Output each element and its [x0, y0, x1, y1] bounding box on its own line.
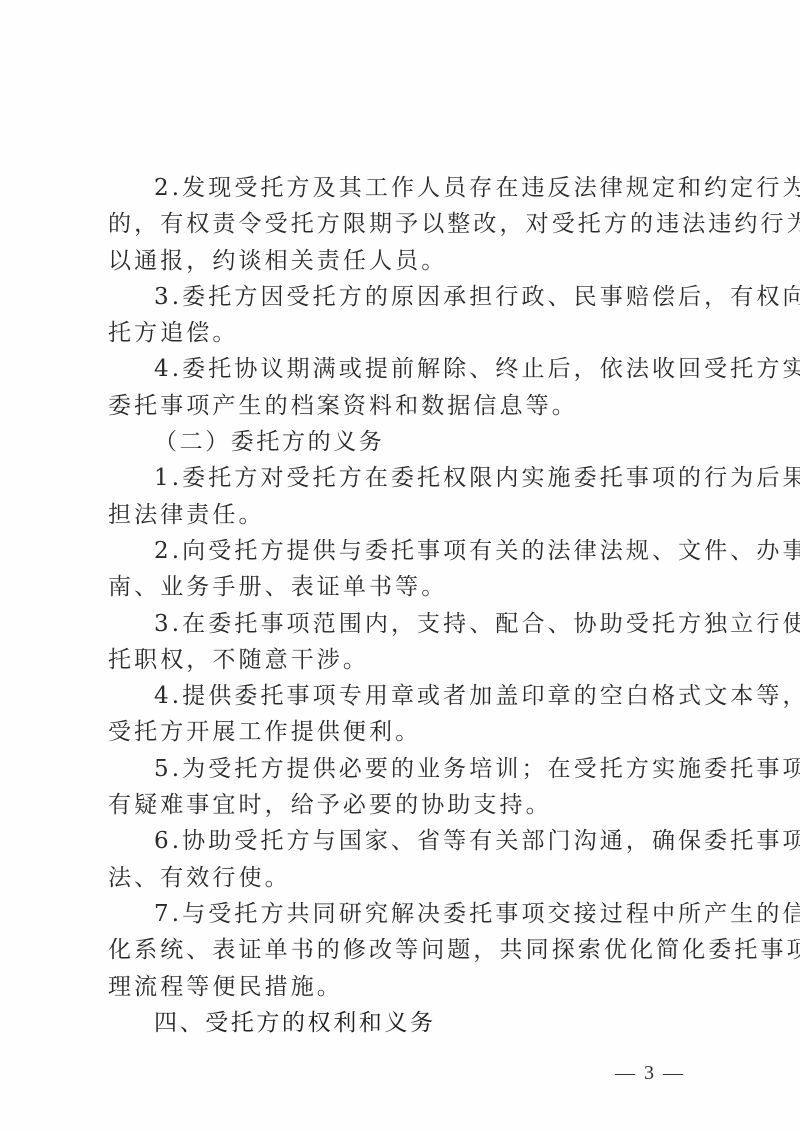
paragraph-line: 4.提供委托事项专用章或者加盖印章的空白格式文本等，为 [108, 678, 696, 714]
document-body: 2.发现受托方及其工作人员存在违反法律规定和约定行为 的，有权责令受托方限期予以… [108, 170, 696, 1041]
paragraph-line: 3.在委托事项范围内，支持、配合、协助受托方独立行使委 [108, 606, 696, 642]
paragraph-line: 南、业务手册、表证单书等。 [108, 569, 696, 605]
section-heading: 四、受托方的权利和义务 [108, 1005, 696, 1041]
page-number: — 3 — [615, 1062, 685, 1085]
paragraph-line: 以通报，约谈相关责任人员。 [108, 243, 696, 279]
paragraph-line: 有疑难事宜时，给予必要的协助支持。 [108, 787, 696, 823]
paragraph-line: 7.与受托方共同研究解决委托事项交接过程中所产生的信息 [108, 896, 696, 932]
subheading-obligations: （二）委托方的义务 [108, 424, 696, 460]
paragraph-line: 担法律责任。 [108, 497, 696, 533]
paragraph-line: 2.向受托方提供与委托事项有关的法律法规、文件、办事指 [108, 533, 696, 569]
paragraph-line: 的，有权责令受托方限期予以整改，对受托方的违法违约行为予 [108, 206, 696, 242]
paragraph-line: 6.协助受托方与国家、省等有关部门沟通，确保委托事项合 [108, 823, 696, 859]
paragraph-line: 受托方开展工作提供便利。 [108, 714, 696, 750]
paragraph-line: 法、有效行使。 [108, 860, 696, 896]
paragraph-line: 委托事项产生的档案资料和数据信息等。 [108, 388, 696, 424]
paragraph-line: 1.委托方对受托方在委托权限内实施委托事项的行为后果承 [108, 460, 696, 496]
paragraph-line: 托方追偿。 [108, 315, 696, 351]
paragraph-line: 化系统、表证单书的修改等问题，共同探索优化简化委托事项办 [108, 932, 696, 968]
paragraph-line: 托职权，不随意干涉。 [108, 642, 696, 678]
paragraph-line: 理流程等便民措施。 [108, 969, 696, 1005]
paragraph-line: 5.为受托方提供必要的业务培训；在受托方实施委托事项遇 [108, 751, 696, 787]
paragraph-line: 4.委托协议期满或提前解除、终止后，依法收回受托方实施 [108, 351, 696, 387]
document-page: 2.发现受托方及其工作人员存在违反法律规定和约定行为 的，有权责令受托方限期予以… [0, 0, 800, 1131]
paragraph-line: 2.发现受托方及其工作人员存在违反法律规定和约定行为 [108, 170, 696, 206]
paragraph-line: 3.委托方因受托方的原因承担行政、民事赔偿后，有权向受 [108, 279, 696, 315]
